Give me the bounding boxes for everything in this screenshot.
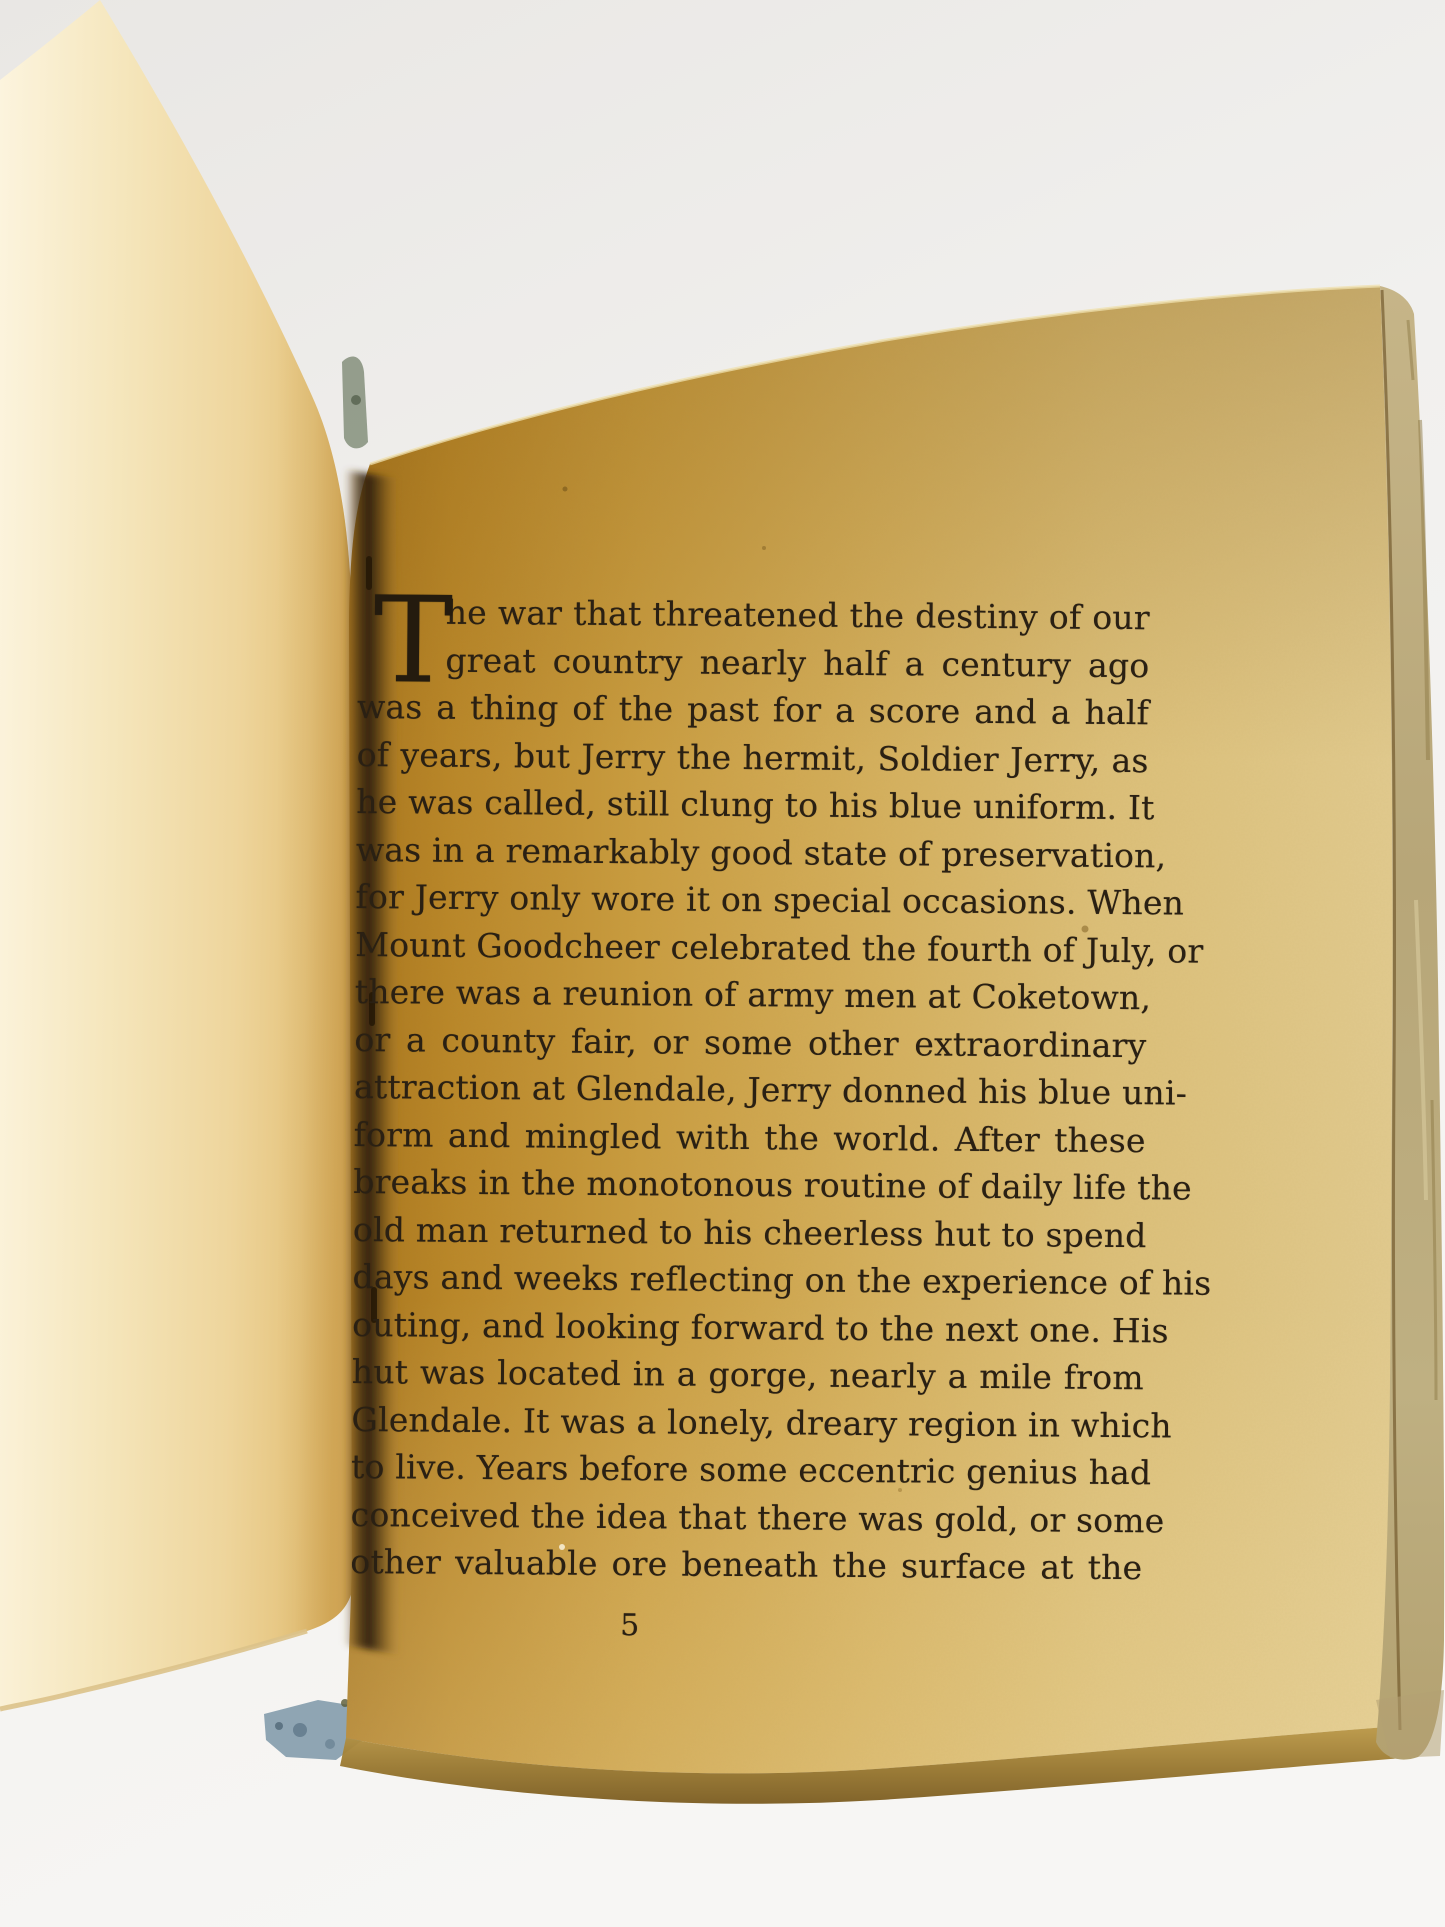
page-number: 5	[350, 1599, 910, 1651]
text-line: he was called, still clung to his blue u…	[356, 778, 1148, 832]
drop-cap: T	[373, 582, 454, 702]
text-line: was a thing of the past for a score and …	[357, 683, 1149, 737]
text-line: for Jerry only wore it on special occasi…	[355, 873, 1147, 927]
text-line: of years, but Jerry the hermit, Soldier …	[357, 730, 1149, 784]
text-line: attraction at Glendale, Jerry donned his…	[354, 1063, 1146, 1117]
text-line: great country nearly half a century ago	[357, 635, 1149, 689]
text-line: Mount Goodcheer celebrated the fourth of…	[355, 920, 1147, 974]
page-text: T he war that threatened the destiny of …	[350, 588, 1150, 1653]
text-line: there was a reunion of army men at Coket…	[355, 968, 1147, 1022]
text-line: to live. Years before some eccentric gen…	[351, 1443, 1143, 1497]
text-line: he war that threatened the destiny of ou…	[358, 588, 1150, 642]
text-line: was in a remarkably good state of preser…	[356, 825, 1148, 879]
text-line: hut was located in a gorge, nearly a mil…	[352, 1348, 1144, 1402]
text-line: form and mingled with the world. After t…	[354, 1110, 1146, 1164]
text-line: old man returned to his cheerless hut to…	[353, 1205, 1145, 1259]
text-line: Glendale. It was a lonely, dreary region…	[351, 1395, 1143, 1449]
text-line: breaks in the monotonous routine of dail…	[353, 1158, 1145, 1212]
text-line: or a county fair, or some other extraord…	[354, 1015, 1146, 1069]
text-line: other valuable ore beneath the surface a…	[350, 1538, 1142, 1592]
book-photo: T he war that threatened the destiny of …	[0, 0, 1445, 1927]
text-line: conceived the idea that there was gold, …	[351, 1490, 1143, 1544]
text-line: outing, and looking forward to the next …	[352, 1300, 1144, 1354]
text-line: days and weeks reflecting on the experie…	[352, 1253, 1144, 1307]
